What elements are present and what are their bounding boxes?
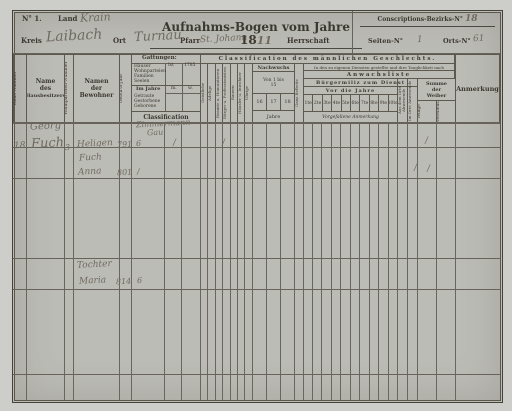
entry-gatt-note2: Gau — [147, 128, 164, 138]
male-classification-title-label: Classification des männlichen Geschlecht… — [219, 56, 437, 62]
weiber-col-ledige: ledige — [417, 100, 437, 123]
gattungen-title: Gattungen: — [142, 56, 177, 62]
entry-owner-first: Georg — [30, 120, 62, 133]
class-col-6-label: Übrige — [245, 64, 252, 122]
nachwuchs-unit-label: Jahre — [267, 114, 281, 120]
row-rule-2 — [13, 178, 500, 179]
col-inhabitants-l2: der — [91, 85, 102, 92]
col-inhabitants-l1: Namen — [85, 78, 109, 85]
conscription-district: Conscriptions-Bezirks-N° 18 — [360, 15, 495, 27]
ort-label: Ort — [113, 37, 126, 44]
col-house-number: Haus-Nummer — [13, 54, 27, 123]
age-col-0-label: 1te — [305, 101, 312, 106]
anwesend-col-label: Im Orte Anwesende — [408, 79, 417, 122]
entry-row3-mark: / — [137, 167, 140, 176]
nachwuchs-year-17: 17 — [266, 93, 281, 111]
entry-row1-mark: 6 — [136, 139, 142, 148]
pfarr-label: Pfarr — [180, 37, 200, 44]
tick-mark-3: / — [425, 136, 429, 146]
age-col-4-label: 5te — [342, 101, 349, 106]
tick-mark-4: / — [414, 163, 418, 173]
service-bottom-label: Vorgefallene Anmerkung — [322, 115, 379, 120]
weiber-l3: Weiber — [427, 93, 447, 99]
seiten-value-handwritten: 1 — [417, 35, 423, 45]
anmerkung-col: Anmerkung — [455, 54, 500, 123]
gattungen-row4: Seelen — [134, 80, 149, 85]
kreis-value-handwritten: Laibach — [46, 27, 103, 46]
gattungen-vital-box: Im Jahre m. w. Getraute Gestorbene Gebor… — [131, 85, 201, 112]
nachwuchs-year-17-label: 17 — [270, 99, 276, 105]
age-col-8-label: 9te — [380, 101, 387, 106]
service-line3-label: Bürgermiliz zum Dienst — [316, 80, 405, 86]
weiber-box: Summe der Weiber — [417, 78, 456, 101]
entry-row5-year: 814 — [116, 277, 132, 287]
nachwuchs-year-18-label: 18 — [284, 99, 290, 105]
entry-wohnpartei-no: 3 — [65, 143, 71, 152]
form-title-year-handwritten: 11 — [257, 34, 272, 47]
gattungen-col-ist: Ist — [168, 64, 174, 69]
class-col-3-label: Bürger u. Professionisten — [223, 64, 230, 122]
nachwuchs-title-label: Nachwuchs — [258, 65, 290, 71]
weiber-col-verehelichte-label: verehelichte — [437, 101, 455, 122]
col-inhabitants: Namen der Bewohner — [73, 54, 120, 123]
land-value-handwritten: Krain — [80, 10, 111, 25]
service-line2-label: Anwachsliste — [347, 72, 411, 78]
orts-value-handwritten: 61 — [473, 34, 485, 45]
age-col-6-label: 7te — [361, 101, 368, 106]
seiten-label: Seiten-N° — [368, 38, 403, 45]
conscription-label: Conscriptions-Bezirks-N° — [378, 16, 463, 23]
vital-col-w: w. — [188, 87, 193, 92]
entry-row4-name: Tochter — [77, 259, 112, 271]
abwesend-col-label: Aus dem Orte Abwesende — [398, 79, 407, 122]
col-owner-l1: Name — [36, 78, 56, 85]
entry-row5-mark: 6 — [137, 276, 143, 285]
orts-label: Orts-N° — [443, 38, 471, 45]
herrschaft-label: Herrschaft — [287, 37, 330, 44]
ort-value-handwritten: Turnau — [134, 28, 182, 45]
nachwuchs-year-16: 16 — [252, 93, 267, 111]
service-line1-label: In den zu eigenen Diensten gestellte und… — [314, 65, 444, 70]
age-col-2-label: 3te — [323, 101, 330, 106]
weiber-col-verehelichte: verehelichte — [436, 100, 456, 123]
row-rule-5 — [13, 374, 500, 375]
entry-row1-year: 791 — [117, 140, 133, 150]
vital-title: Im Jahre — [136, 87, 160, 92]
entry-row1-name: Heligen — [77, 138, 113, 150]
service-line4-label: Vor die Jahre — [326, 88, 376, 94]
col-house-number-label: Haus-Nummer — [14, 55, 26, 122]
conscription-value-handwritten: 18 — [465, 14, 478, 24]
col-birth-year-label: Geburts-Jahr — [120, 55, 131, 122]
header-divider — [352, 11, 353, 54]
col-wohnpartei-label: Wohnparteien-Nummer — [65, 55, 73, 122]
tick-mark-2: / — [222, 138, 226, 148]
tick-mark-5: / — [427, 164, 431, 174]
scanned-form-page: N° 1. Land Krain Aufnahms-Bogen vom Jahr… — [0, 0, 512, 411]
nachwuchs-note: Von 1 bis 15 — [252, 71, 295, 94]
age-col-3-label: 4te — [333, 101, 340, 106]
age-col-7-label: 8te — [370, 101, 377, 106]
row-rule-3 — [13, 258, 500, 259]
entry-house-number: 18 — [14, 141, 26, 152]
land-label: Land — [58, 15, 77, 22]
col-owner-l2: des — [40, 85, 51, 92]
befreite-col-label: Ganz Befreite — [295, 64, 303, 122]
age-col-1-label: 2te — [314, 101, 321, 106]
entry-row3-name: Anna — [78, 166, 102, 177]
nachwuchs-year-18: 18 — [280, 93, 295, 111]
vital-row3: Geborene — [134, 105, 156, 110]
entry-row2-name: Fuch — [79, 152, 102, 163]
vital-col-m: m. — [171, 87, 177, 92]
entry-owner-last: Fuch — [31, 135, 65, 152]
age-col-5-label: 6te — [352, 101, 359, 106]
col-owner: Name des Hausbesitzers — [26, 54, 65, 123]
entry-row3-year: 801 — [117, 168, 133, 178]
entry-row5-name: Maria — [79, 275, 107, 286]
row-rule-4 — [13, 289, 500, 290]
tick-mark-1: / — [173, 138, 177, 148]
gattungen-box: Gattungen: Ist 1785 Häuser Wohnparteien … — [131, 54, 201, 86]
col-inhabitants-l3: Bewohner — [80, 92, 114, 99]
form-number: N° 1. — [22, 15, 42, 22]
col-owner-l3: Hausbesitzers — [26, 93, 65, 99]
kreis-label: Kreis — [21, 37, 42, 44]
class-col-1-label: Adelige — [208, 64, 215, 122]
nachwuchs-year-16-label: 16 — [256, 99, 262, 105]
gattungen-col-prev: 1785 — [184, 64, 195, 69]
weiber-col-ledige-label: ledige — [418, 101, 436, 122]
nachwuchs-note-l2: 15 — [271, 83, 277, 88]
anmerkung-col-label: Anmerkung — [456, 85, 499, 93]
